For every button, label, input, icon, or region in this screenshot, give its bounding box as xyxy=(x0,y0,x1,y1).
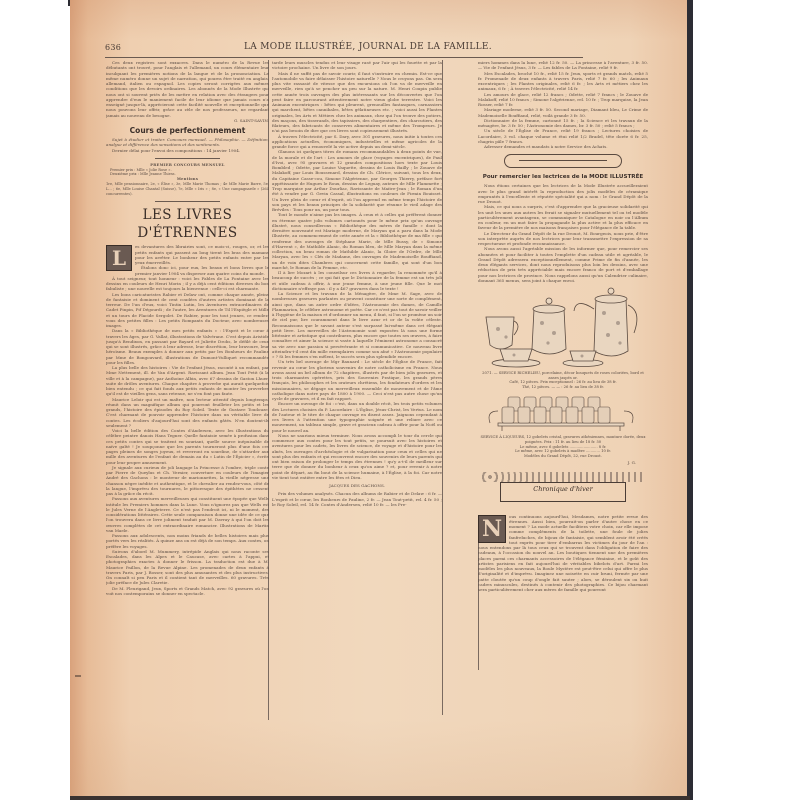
article-paragraph: À travers l'électricité, par S. Dary, av… xyxy=(272,134,442,150)
right-column: miers hommes dans la lune, relié 12 fr. … xyxy=(478,60,648,720)
perfectionnement-subject: Sujet à étudier et traiter. Concours men… xyxy=(106,137,269,148)
article-paragraph: Mais il ne suffit pas de savoir courir, … xyxy=(272,71,442,134)
left-column: Ces deux registres sont exxacres. Dans l… xyxy=(106,60,269,760)
signature: G. SAINT-SAVIN. xyxy=(106,118,269,123)
livres-paragraph: Passons aux adolescents, non moins frian… xyxy=(106,533,269,549)
article-paragraph: Tout le monde n'aime pas les images. À c… xyxy=(272,212,442,270)
chronique-title-frame: Chronique d'hiver xyxy=(500,482,626,502)
livres-paragraph: Passons aux aventures merveilleuses qui … xyxy=(106,496,269,533)
liqueur-service-caption-line: Modèles du Grand Dépôt, 22, rue Drouot. xyxy=(478,454,648,459)
article-paragraph: Il à lire Mozart à les conseilsur ces li… xyxy=(272,270,442,291)
livres-paragraph: De M. Fleurigand, Jeux, Sports et Grands… xyxy=(106,586,269,597)
prices-continued: miers hommes dans la lune, relié 12 fr. … xyxy=(478,60,648,71)
article-paragraph: La Science et les travaux de la Ménagère… xyxy=(272,291,442,359)
middle-column: tarde leurs muscles tendus et leur visag… xyxy=(272,60,442,715)
header-rule xyxy=(105,57,583,58)
livres-paragraph: Dans la « Bibliothèque de mes petits enf… xyxy=(106,328,269,365)
livres-paragraph: Les bons caricaturistes Rabier et Delaw … xyxy=(106,292,269,329)
section-divider xyxy=(106,155,269,161)
prices-continued: Dictionnaire de la femme, cartonné 15 fr… xyxy=(478,118,648,129)
liqueur-service-caption-title: SERVICE À LIQUEURS, 12 gobelets cristal,… xyxy=(478,435,648,444)
article-paragraph: Encore un ouvrage de foi : c'est, dans u… xyxy=(272,401,442,433)
prices-continued: Adresser demandes et mandats à notre Ser… xyxy=(478,144,648,149)
livres-paragraph: La plus belle des histoires : Vie de l'e… xyxy=(106,365,269,397)
dropcap-l: L xyxy=(106,245,132,271)
journal-title: LA MODE ILLUSTRÉE, JOURNAL DE LA FAMILLE… xyxy=(183,42,553,52)
livres-paragraph: Je signale aux curieux de joli langage l… xyxy=(106,465,269,497)
prices-continued: Mariage moderne, relié 3 fr. 50. Second … xyxy=(478,107,648,118)
tea-service-illustration xyxy=(478,287,648,369)
page-number: 636 xyxy=(105,43,121,52)
author-signature: JACQUES DES GACHONS. xyxy=(272,483,442,488)
prices-continued: Un siècle de l'Église de France, relié 1… xyxy=(478,128,648,144)
remercier-heading: Pour remercier les lectrices de la MODE … xyxy=(478,173,648,181)
remercier-paragraph: Le Directeur du Grand Dépôt de la rue Dr… xyxy=(478,231,648,247)
liqueur-service-illustration xyxy=(478,393,648,433)
livres-paragraph: Voici la belle édition des Contes d'Ande… xyxy=(106,428,269,465)
remercier-paragraph: Nous avons aussi l'agréable mission de l… xyxy=(478,246,648,283)
chronique-banner: Chronique d'hiver xyxy=(482,470,644,510)
page-header: 636 LA MODE ILLUSTRÉE, JOURNAL DE LA FAM… xyxy=(105,40,585,56)
article-paragraph: Glanons ici quelques titres de romans re… xyxy=(272,149,442,212)
teapot-set-icon xyxy=(478,287,648,369)
ink-smudge xyxy=(75,675,81,677)
column-rule xyxy=(442,60,443,715)
remercier-paragraph: Nous étions certaines que les lectrices … xyxy=(478,183,648,204)
prices-paragraph: Prix des volumes analysés. Chacun des al… xyxy=(272,491,442,507)
prices-continued: Les amours de glace, relié 12 francs ; O… xyxy=(478,92,648,108)
mentions-text: 1re, Mlle pensionnaire, 2e, « Élise », 3… xyxy=(106,182,269,196)
livres-paragraph: Maurice Leloir qui est un maître, non le… xyxy=(106,397,269,429)
prices-continued: Mes Escalades, broché 10 fr., relié 15 f… xyxy=(478,71,648,92)
floral-ornament-icon xyxy=(482,472,644,482)
tea-service-caption-title: 2071. — SERVICE RICHELIEU, porcelaine, d… xyxy=(478,371,648,380)
dropcap-n: N xyxy=(478,515,506,543)
article-paragraph: Nous ne saurions mieux terminer. Nous av… xyxy=(272,433,442,480)
remercier-paragraph: Mais, ce qui nous a surpris, c'est d'app… xyxy=(478,204,648,230)
livres-paragraph: À tout seigneur, tout honneur : voici le… xyxy=(106,276,269,292)
section-divider xyxy=(106,198,269,204)
initials: J. G. xyxy=(478,460,648,465)
intro-paragraph: Ces deux registres sont exxacres. Dans l… xyxy=(106,60,269,118)
tea-service-caption-line: Thé, 12 pièces. — — : 26 fr. au lieu de … xyxy=(478,385,648,390)
ornamental-divider xyxy=(504,154,622,168)
perfectionnement-heading: Cours de perfectionnement xyxy=(106,126,269,136)
article-paragraph: Un très bel ouvrage de Mgr Baunard : Le … xyxy=(272,359,442,401)
liqueur-glasses-icon xyxy=(478,393,648,433)
chronique-title: Chronique d'hiver xyxy=(501,487,625,492)
perfectionnement-deadline: Dernier délai pour l'envoi des compositi… xyxy=(106,148,269,153)
scan-edge-right xyxy=(686,0,693,800)
livres-etrennes-title: LES LIVRES D'ÉTRENNES xyxy=(106,206,269,242)
livres-paragraph: Suivons d'abord M. Mummery, intrépide An… xyxy=(106,549,269,586)
article-paragraph: tarde leurs muscles tendus et leur visag… xyxy=(272,60,442,71)
scan-edge-bottom xyxy=(70,796,690,800)
